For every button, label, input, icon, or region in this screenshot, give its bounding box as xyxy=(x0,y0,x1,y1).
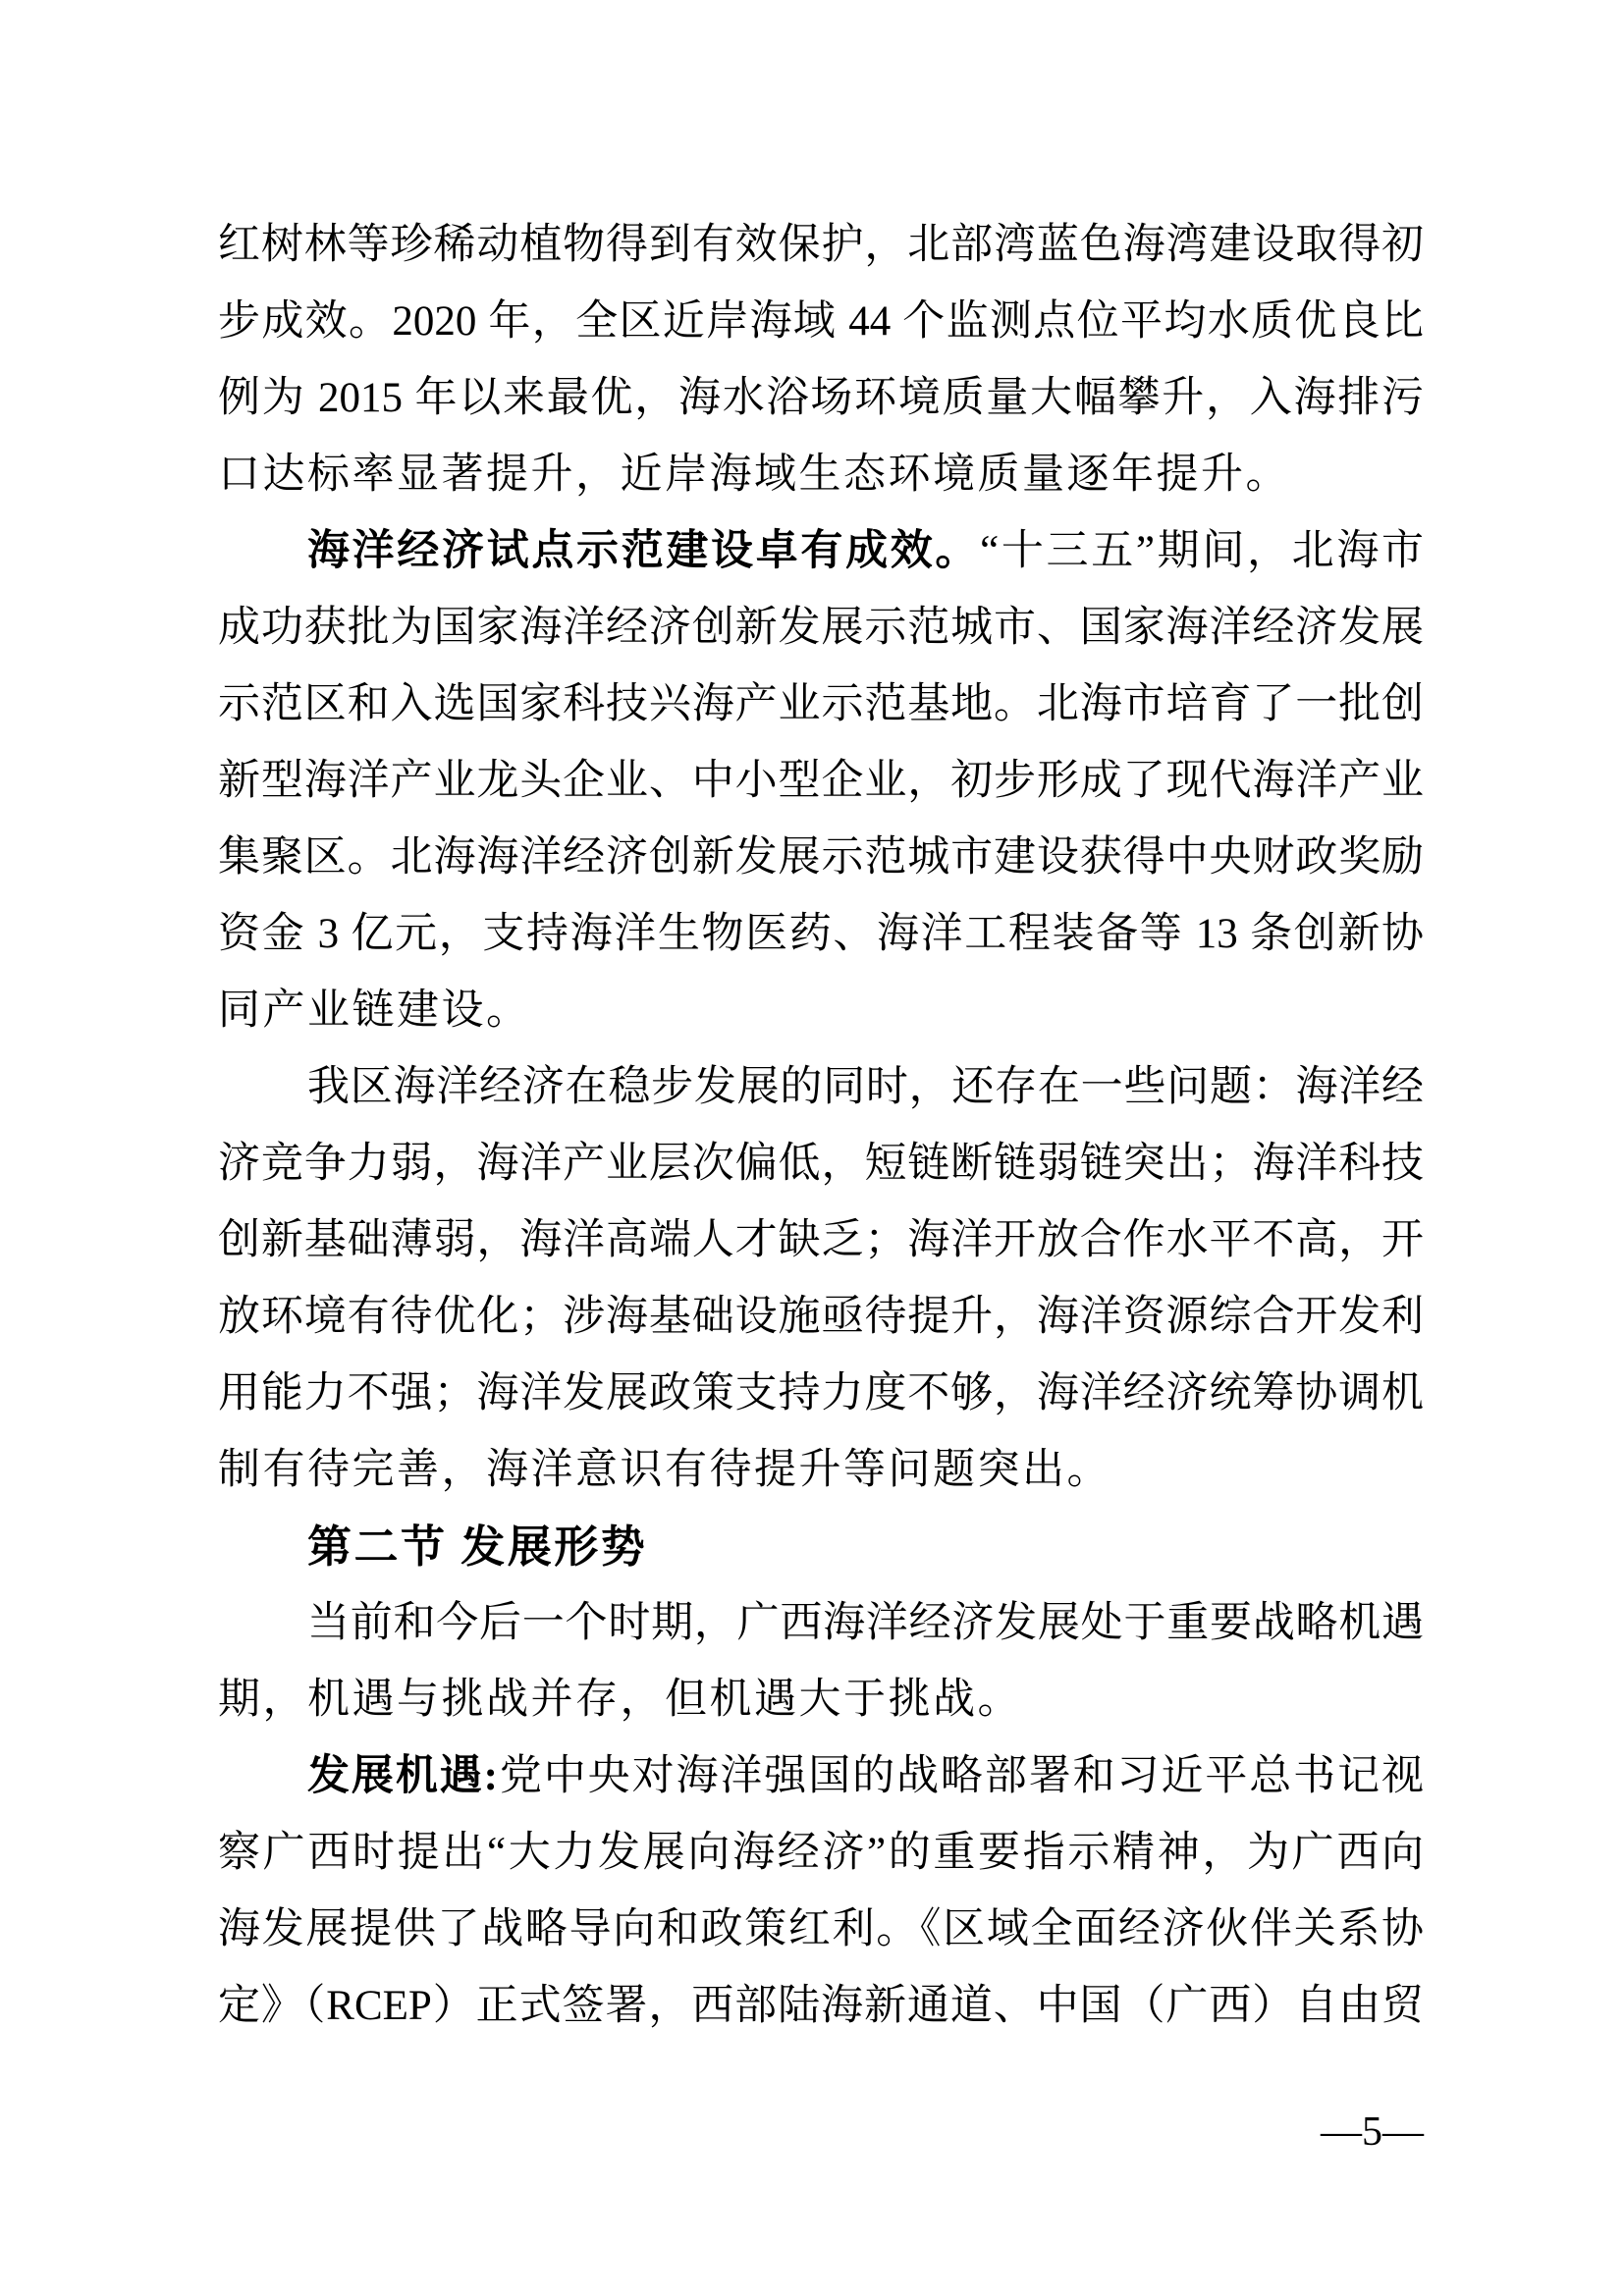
line-text: 创新基础薄弱，海洋高端人才缺乏；海洋开放合作水平不高，开 xyxy=(218,1217,1424,1263)
document-body: 红树林等珍稀动植物得到有效保护，北部湾蓝色海湾建设取得初 步成效。2020 年，… xyxy=(218,207,1424,2045)
text-line: 放环境有待优化；涉海基础设施亟待提升，海洋资源综合开发利 xyxy=(218,1279,1424,1356)
text-line: 我区海洋经济在稳步发展的同时，还存在一些问题：海洋经 xyxy=(218,1049,1424,1126)
text-line: 定》（RCEP）正式签署，西部陆海新通道、中国（广西）自由贸 xyxy=(218,1968,1424,2045)
text-line: 步成效。2020 年，全区近岸海域 44 个监测点位平均水质优良比 xyxy=(218,284,1424,360)
text-line: 海洋经济试点示范建设卓有成效。“十三五”期间，北海市 xyxy=(218,513,1424,590)
line-text: 同产业链建设。 xyxy=(218,988,531,1034)
text-line: 海发展提供了战略导向和政策红利。《区域全面经济伙伴关系协 xyxy=(218,1892,1424,1968)
line-text: 集聚区。北海海洋经济创新发展示范城市建设获得中央财政奖励 xyxy=(218,834,1424,881)
page-number: —5— xyxy=(1321,2100,1424,2164)
text-line: 制有待完善，海洋意识有待提升等问题突出。 xyxy=(218,1432,1424,1509)
text-line: 当前和今后一个时期，广西海洋经济发展处于重要战略机遇 xyxy=(218,1585,1424,1662)
text-line: 资金 3 亿元，支持海洋生物医药、海洋工程装备等 13 条创新协 xyxy=(218,896,1424,973)
line-text: 成功获批为国家海洋经济创新发展示范城市、国家海洋经济发展 xyxy=(218,605,1424,651)
line-text: 定》（RCEP）正式签署，西部陆海新通道、中国（广西）自由贸 xyxy=(218,1983,1424,2029)
line-text: 海发展提供了战略导向和政策红利。《区域全面经济伙伴关系协 xyxy=(218,1906,1424,1952)
line-text: “十三五”期间，北海市 xyxy=(980,528,1424,574)
line-text: 我区海洋经济在稳步发展的同时，还存在一些问题：海洋经 xyxy=(307,1064,1424,1110)
document-page: 红树林等珍稀动植物得到有效保护，北部湾蓝色海湾建设取得初 步成效。2020 年，… xyxy=(0,0,1624,2296)
line-text: 资金 3 亿元，支持海洋生物医药、海洋工程装备等 13 条创新协 xyxy=(218,911,1424,957)
text-line: 新型海洋产业龙头企业、中小型企业，初步形成了现代海洋产业 xyxy=(218,743,1424,820)
line-text: 用能力不强；海洋发展政策支持力度不够，海洋经济统筹协调机 xyxy=(218,1370,1424,1416)
line-text: 放环境有待优化；涉海基础设施亟待提升，海洋资源综合开发利 xyxy=(218,1294,1424,1340)
text-line: 成功获批为国家海洋经济创新发展示范城市、国家海洋经济发展 xyxy=(218,590,1424,667)
text-line: 集聚区。北海海洋经济创新发展示范城市建设获得中央财政奖励 xyxy=(218,820,1424,896)
line-text: 步成效。2020 年，全区近岸海域 44 个监测点位平均水质优良比 xyxy=(218,298,1424,345)
line-text: 红树林等珍稀动植物得到有效保护，北部湾蓝色海湾建设取得初 xyxy=(218,222,1424,268)
text-line: 例为 2015 年以来最优，海水浴场环境质量大幅攀升，入海排污 xyxy=(218,360,1424,437)
line-text: 期，机遇与挑战并存，但机遇大于挑战。 xyxy=(218,1677,1022,1723)
section-heading: 第二节 发展形势 xyxy=(218,1509,1424,1585)
text-line: 示范区和入选国家科技兴海产业示范基地。北海市培育了一批创 xyxy=(218,667,1424,743)
section-heading-text: 第二节 发展形势 xyxy=(307,1522,647,1572)
line-text: 例为 2015 年以来最优，海水浴场环境质量大幅攀升，入海排污 xyxy=(218,375,1424,421)
text-line: 期，机遇与挑战并存，但机遇大于挑战。 xyxy=(218,1662,1424,1738)
line-text: 示范区和入选国家科技兴海产业示范基地。北海市培育了一批创 xyxy=(218,681,1424,727)
text-line: 红树林等珍稀动植物得到有效保护，北部湾蓝色海湾建设取得初 xyxy=(218,207,1424,284)
text-line: 创新基础薄弱，海洋高端人才缺乏；海洋开放合作水平不高，开 xyxy=(218,1202,1424,1279)
line-text: 口达标率显著提升，近岸海域生态环境质量逐年提升。 xyxy=(218,452,1290,498)
line-text: 当前和今后一个时期，广西海洋经济发展处于重要战略机遇 xyxy=(307,1600,1424,1646)
text-line: 发展机遇:党中央对海洋强国的战略部署和习近平总书记视 xyxy=(218,1738,1424,1815)
line-text: 察广西时提出“大力发展向海经济”的重要指示精神，为广西向 xyxy=(218,1830,1424,1876)
bold-lead: 海洋经济试点示范建设卓有成效。 xyxy=(307,528,980,574)
bold-lead: 发展机遇: xyxy=(307,1753,498,1799)
text-line: 口达标率显著提升，近岸海域生态环境质量逐年提升。 xyxy=(218,437,1424,513)
text-line: 察广西时提出“大力发展向海经济”的重要指示精神，为广西向 xyxy=(218,1815,1424,1892)
line-text: 党中央对海洋强国的战略部署和习近平总书记视 xyxy=(498,1753,1424,1799)
line-text: 制有待完善，海洋意识有待提升等问题突出。 xyxy=(218,1447,1111,1493)
text-line: 用能力不强；海洋发展政策支持力度不够，海洋经济统筹协调机 xyxy=(218,1356,1424,1432)
line-text: 济竞争力弱，海洋产业层次偏低，短链断链弱链突出；海洋科技 xyxy=(218,1141,1424,1187)
line-text: 新型海洋产业龙头企业、中小型企业，初步形成了现代海洋产业 xyxy=(218,758,1424,804)
text-line: 济竞争力弱，海洋产业层次偏低，短链断链弱链突出；海洋科技 xyxy=(218,1126,1424,1202)
text-line: 同产业链建设。 xyxy=(218,973,1424,1049)
